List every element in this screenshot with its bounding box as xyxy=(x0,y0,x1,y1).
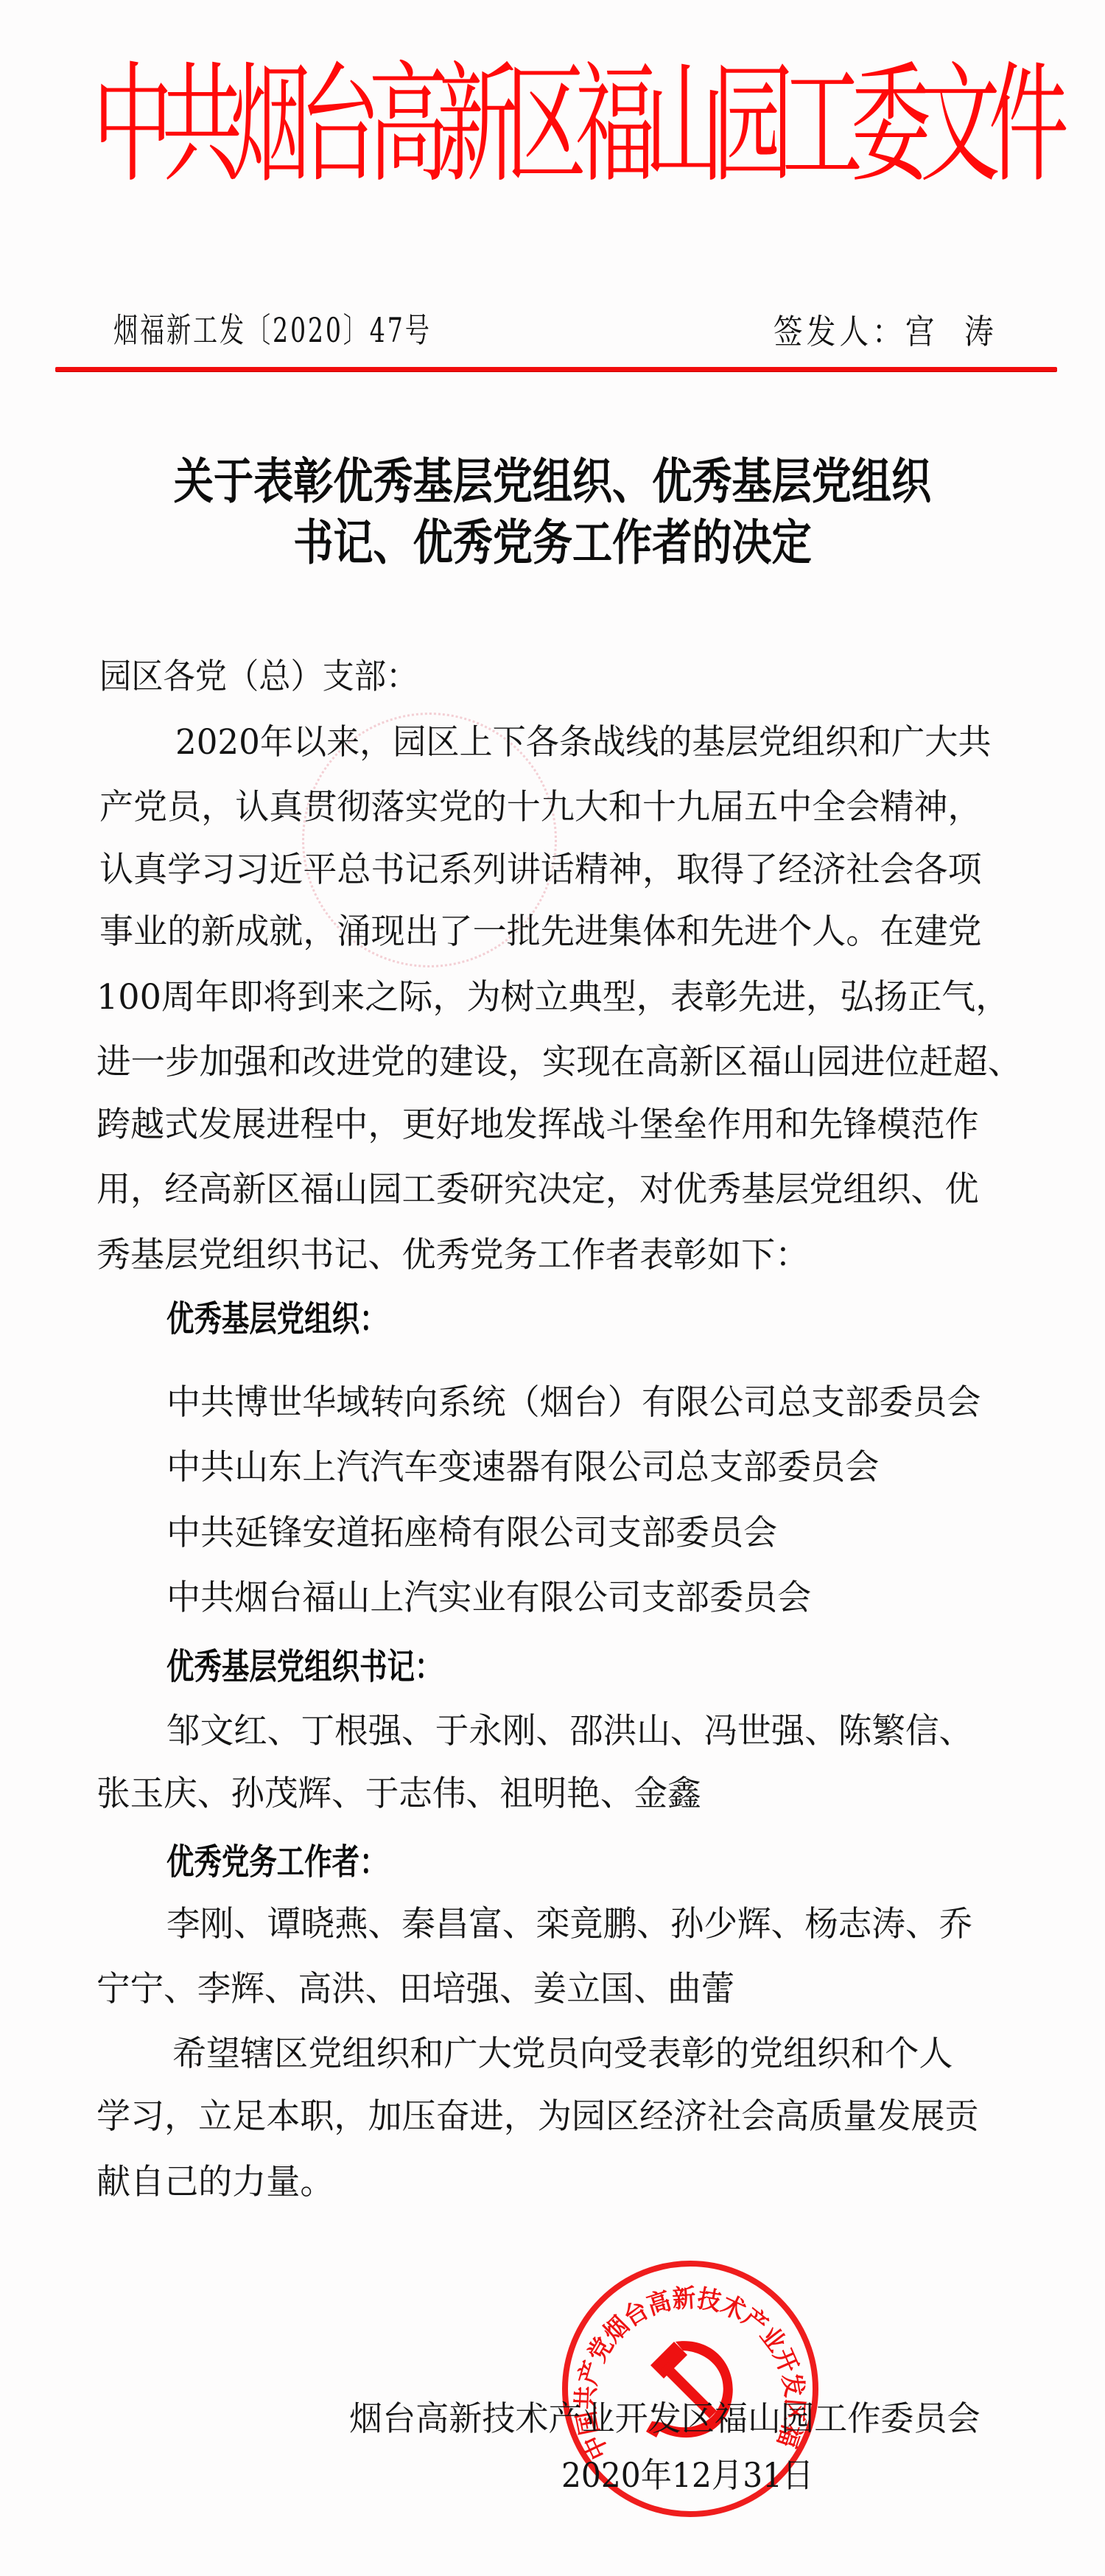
section-heading-organizations: 优秀基层党组织： xyxy=(166,1298,449,1340)
masthead-char: 区 xyxy=(506,52,549,199)
masthead-title: 中 共 烟 台 高 新 区 福 山 园 工 委 文件 xyxy=(80,52,1045,199)
masthead-char: 件 xyxy=(989,52,1031,199)
section-heading-secretaries: 优秀基层党组织书记： xyxy=(166,1646,520,1687)
organization-item: 中共博世华域转向系统（烟台）有限公司总支部委员会 xyxy=(166,1382,997,1424)
secretary-names-line: 张玉庆、孙茂辉、于志伟、祖明艳、金鑫 xyxy=(97,1774,720,1815)
paragraph-line: 2020年以来，园区上下各条战线的基层党组织和广大共 xyxy=(175,722,1008,763)
organization-item: 中共延锋安道拓座椅有限公司支部委员会 xyxy=(166,1513,790,1554)
document-title-line-2: 书记、优秀党务工作者的决定 xyxy=(0,514,1105,573)
masthead-char: 园 xyxy=(713,52,756,199)
masthead-char: 烟 xyxy=(231,52,273,199)
organization-item: 中共烟台福山上汽实业有限公司支部委员会 xyxy=(166,1578,824,1619)
signer: 签发人：宫 涛 xyxy=(773,311,997,352)
closing-paragraph-line: 献自己的力量。 xyxy=(97,2162,339,2203)
masthead-char: 福 xyxy=(575,52,618,199)
paragraph-line: 跨越式发展进程中，更好地发挥战斗堡垒作用和先锋模范作 xyxy=(97,1105,997,1146)
paragraph-line: 用，经高新区福山园工委研究决定，对优秀基层党组织、优 xyxy=(97,1169,997,1211)
paragraph-line: 产党员，认真贯彻落实党的十九大和十九届五中全会精神， xyxy=(99,787,1000,828)
masthead-char: 共 xyxy=(161,52,204,199)
document-number: 烟福新工发〔2020〕47号 xyxy=(113,309,432,351)
paragraph-line: 认真学习习近平总书记系列讲话精神，取得了经济社会各项 xyxy=(99,850,1000,891)
red-separator-rule xyxy=(55,367,1057,371)
masthead-char: 工 xyxy=(782,52,824,199)
masthead-char: 中 xyxy=(93,52,136,199)
masthead-char: 文 xyxy=(920,52,963,199)
masthead-char: 山 xyxy=(644,52,687,199)
paragraph-line: 100周年即将到来之际，为树立典型，表彰先进，弘扬正气， xyxy=(97,977,1028,1018)
closing-paragraph-line: 希望辖区党组织和广大党员向受表彰的党组织和个人 xyxy=(172,2034,969,2075)
signature-organization: 烟台高新技术产业开发区福山园工作委员会 xyxy=(349,2398,993,2439)
signature-date: 2020年12月31日 xyxy=(561,2454,835,2496)
paragraph-line: 秀基层党组织书记、优秀党务工作者表彰如下： xyxy=(97,1235,824,1276)
party-worker-names-line: 李刚、谭晓燕、秦昌富、栾竟鹏、孙少辉、杨志涛、乔 xyxy=(166,1904,997,1945)
document-title-line-1: 关于表彰优秀基层党组织、优秀基层党组织 xyxy=(0,452,1105,511)
signer-label: 签发人： xyxy=(773,312,905,351)
paragraph-line: 事业的新成就，涌现出了一批先进集体和先进个人。在建党 xyxy=(99,911,1000,953)
signer-name: 宫 涛 xyxy=(905,312,997,351)
paragraph-line: 进一步加强和改进党的建设，实现在高新区福山园进位赶超、 xyxy=(97,1042,1031,1083)
secretary-names-line: 邹文红、丁根强、于永刚、邵洪山、冯世强、陈繁信、 xyxy=(166,1711,997,1752)
masthead-char: 台 xyxy=(299,52,342,199)
masthead-char: 高 xyxy=(368,52,411,199)
masthead-char: 委 xyxy=(851,52,894,199)
salutation: 园区各党（总）支部： xyxy=(99,657,446,698)
closing-paragraph-line: 学习，立足本职，加压奋进，为园区经济社会高质量发展贡 xyxy=(97,2096,997,2138)
masthead-char: 新 xyxy=(438,52,480,199)
organization-item: 中共山东上汽汽车变速器有限公司总支部委员会 xyxy=(166,1447,894,1488)
section-heading-party-workers: 优秀党务工作者： xyxy=(166,1841,449,1883)
party-worker-names-line: 宁宁、李辉、高洪、田培强、姜立国、曲蕾 xyxy=(97,1969,754,2010)
